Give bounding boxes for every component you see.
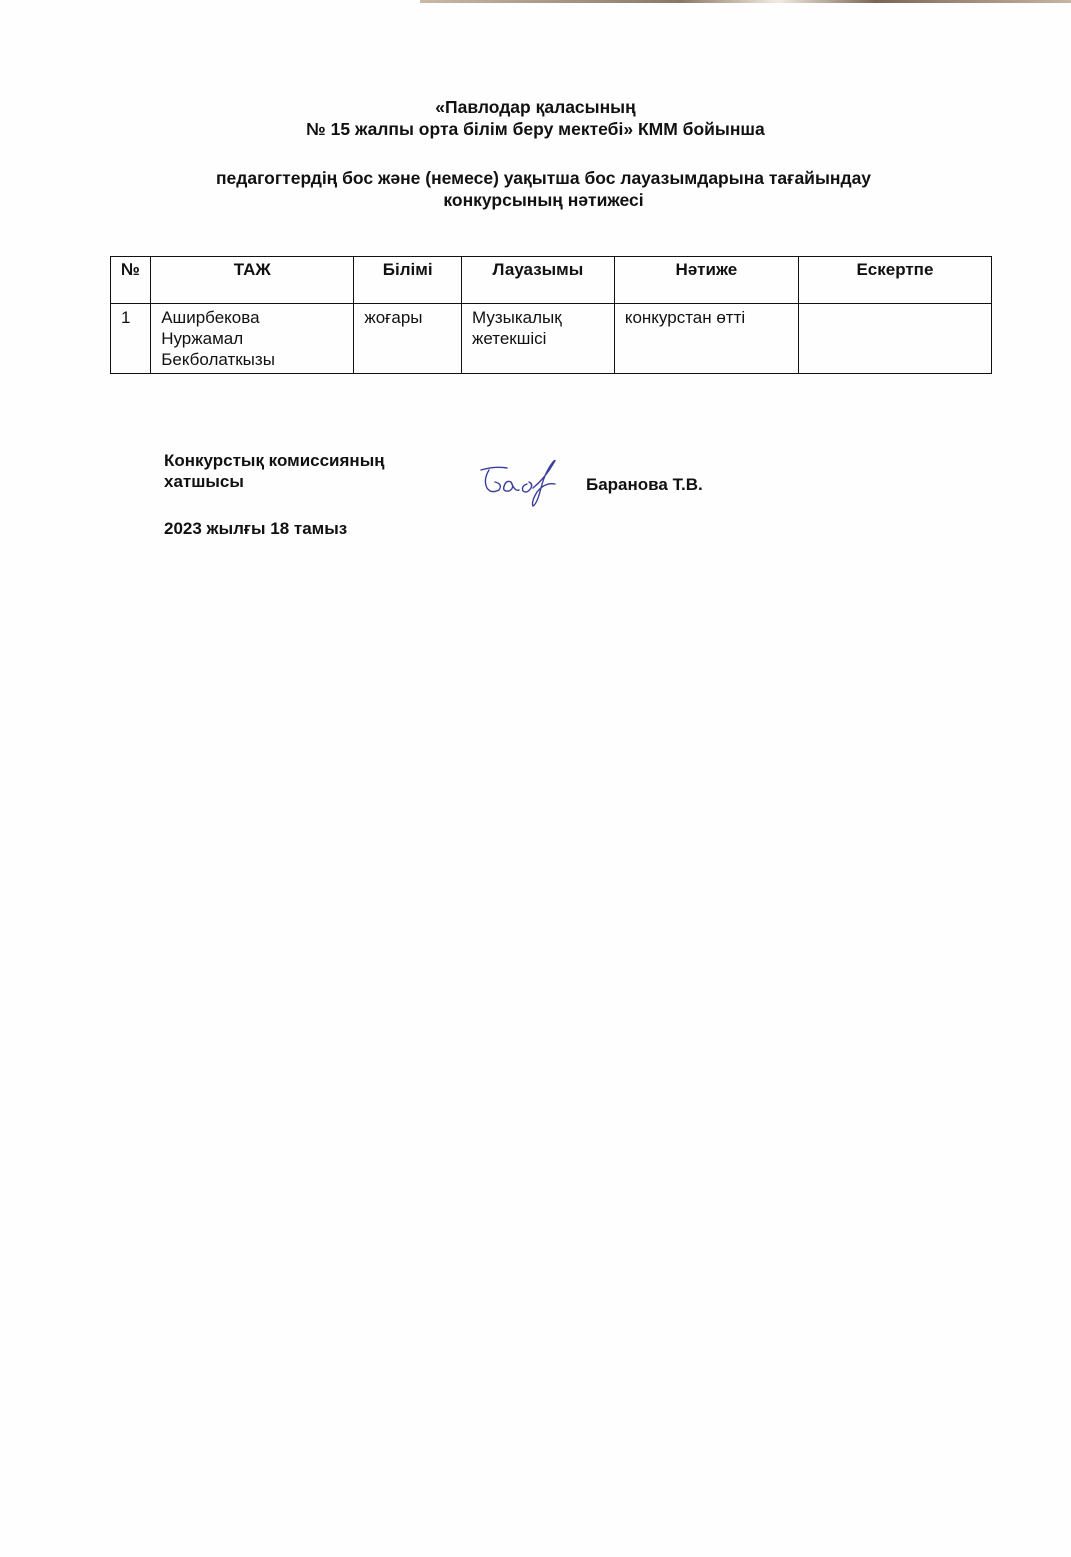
name-given: Нуржамал (161, 328, 343, 349)
column-header-education: Білімі (354, 257, 462, 304)
column-header-note: Ескертпе (798, 257, 991, 304)
table-row: 1 Аширбекова Нуржамал Бекболаткызы жоғар… (111, 304, 992, 374)
subtitle-line-1: педагогтердің бос және (немесе) уақытша … (8, 167, 1071, 189)
cell-name: Аширбекова Нуржамал Бекболаткызы (151, 304, 354, 374)
title-line-1: «Павлодар қаласының (0, 96, 1071, 118)
name-surname: Аширбекова (161, 307, 343, 328)
cell-education: жоғары (354, 304, 462, 374)
column-header-number: № (111, 257, 151, 304)
signature-icon (475, 458, 575, 508)
signatory-role: Конкурстық комиссияның хатшысы (164, 450, 385, 492)
document-date: 2023 жылғы 18 тамыз (164, 519, 347, 539)
position-line-1: Музыкалық (472, 307, 604, 328)
column-header-name: ТАЖ (151, 257, 354, 304)
role-line-1: Конкурстық комиссияның (164, 450, 385, 471)
name-patronymic: Бекболаткызы (161, 349, 343, 370)
cell-number: 1 (111, 304, 151, 374)
signatory-name: Баранова Т.В. (586, 475, 703, 495)
results-table: № ТАЖ Білімі Лауазымы Нәтиже Ескертпе 1 … (110, 256, 992, 374)
column-header-result: Нәтиже (614, 257, 798, 304)
subtitle-line-2: конкурсының нәтижесі (8, 189, 1071, 211)
cell-position: Музыкалық жетекшісі (461, 304, 614, 374)
title-line-2: № 15 жалпы орта білім беру мектебі» КММ … (0, 118, 1071, 140)
document-subtitle: педагогтердің бос және (немесе) уақытша … (8, 167, 1071, 211)
document-title: «Павлодар қаласының № 15 жалпы орта білі… (0, 96, 1071, 140)
cell-result: конкурстан өтті (614, 304, 798, 374)
position-line-2: жетекшісі (472, 328, 604, 349)
cell-note (798, 304, 991, 374)
scan-top-edge (420, 0, 1071, 3)
role-line-2: хатшысы (164, 471, 385, 492)
column-header-position: Лауазымы (461, 257, 614, 304)
table-header-row: № ТАЖ Білімі Лауазымы Нәтиже Ескертпе (111, 257, 992, 304)
